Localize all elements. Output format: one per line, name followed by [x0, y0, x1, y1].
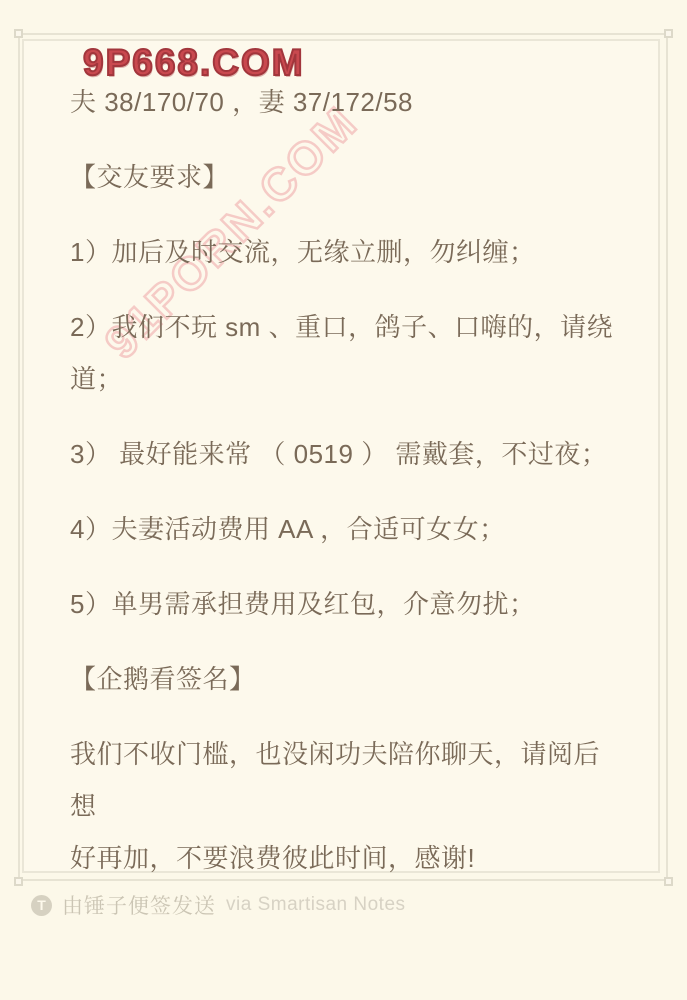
frame-corner-bottom-right	[664, 877, 673, 886]
note-content: 夫 38/170/70 ，妻 37/172/58 【交友要求】 1）加后及时交流…	[70, 76, 618, 907]
site-logo-text: 9P668.COM	[83, 42, 305, 84]
note-paragraph-rule-2: 2）我们不玩 sm 、重口，鸽子、口嗨的，请绕 道；	[70, 301, 618, 405]
note-paragraph-closing: 我们不收门槛，也没闲功夫陪你聊天，请阅后想 好再加，不要浪费彼此时间，感谢!	[70, 728, 618, 884]
footer-attribution: T 由锤子便签发送 via Smartisan Notes	[31, 893, 406, 917]
frame-corner-bottom-left	[14, 877, 23, 886]
note-paragraph-rule-5: 5）单男需承担费用及红包，介意勿扰；	[70, 578, 618, 630]
footer-sent-from-en: via Smartisan Notes	[226, 894, 406, 916]
note-paragraph-heading-2: 【企鹅看签名】	[70, 653, 618, 705]
frame-corner-top-left	[14, 29, 23, 38]
frame-corner-top-right	[664, 29, 673, 38]
note-paragraph-heading-1: 【交友要求】	[70, 151, 618, 203]
smartisan-t-icon: T	[31, 895, 52, 916]
note-paragraph-rule-1: 1）加后及时交流，无缘立删，勿纠缠；	[70, 226, 618, 278]
note-paragraph-rule-4: 4）夫妻活动费用 AA ，合适可女女；	[70, 503, 618, 555]
note-paragraph-rule-3: 3） 最好能来常 （ 0519 ） 需戴套，不过夜；	[70, 428, 618, 480]
footer-sent-from-cn: 由锤子便签发送	[62, 890, 216, 920]
